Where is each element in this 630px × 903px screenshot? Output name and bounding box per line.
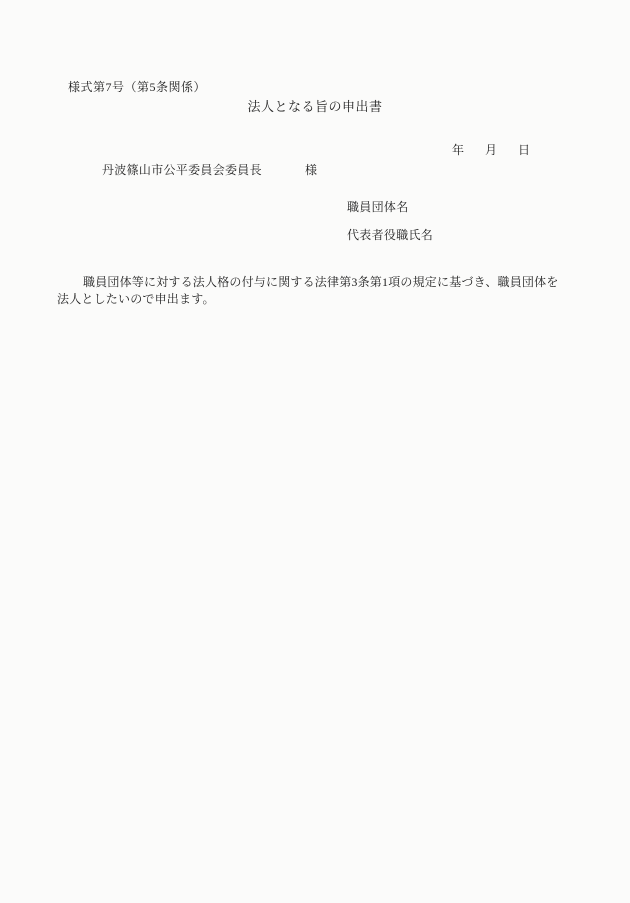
date-month-label: 月	[485, 144, 497, 156]
date-year-label: 年	[452, 144, 464, 156]
form-number: 様式第7号（第5条関係）	[68, 81, 206, 93]
application-form-page: 様式第7号（第5条関係） 法人となる旨の申出書 年 月 日 丹波篠山市公平委員会…	[0, 0, 630, 903]
body-text-line-2: 法人としたいので申出ます。	[57, 293, 215, 305]
addressee-name: 丹波篠山市公平委員会委員長	[102, 164, 262, 176]
body-text-line-1: 職員団体等に対する法人格の付与に関する法律第3条第1項の規定に基づき、職員団体を	[83, 276, 559, 288]
field-label-representative-title-name: 代表者役職氏名	[347, 229, 433, 241]
date-line: 年 月 日	[452, 144, 530, 156]
field-label-organization-name: 職員団体名	[347, 201, 409, 213]
date-day-label: 日	[518, 144, 530, 156]
document-title: 法人となる旨の申出書	[0, 100, 630, 113]
addressee-honorific: 様	[305, 164, 317, 176]
